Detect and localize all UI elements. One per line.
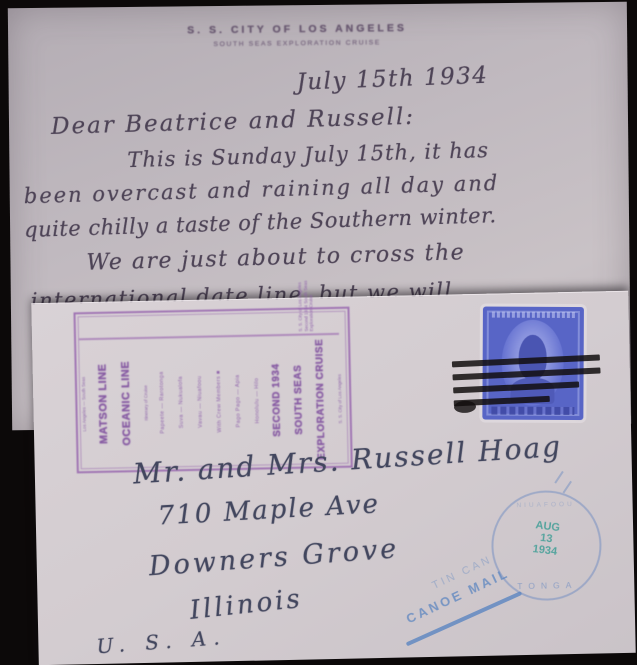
- letter-body-line-4: We are just about to cross the: [86, 240, 465, 276]
- address-line-street: 710 Maple Ave: [157, 489, 381, 531]
- cachet-itinerary-line: Honolulu — Hilo: [252, 338, 264, 462]
- cachet-header-small: S. S. City of Los Angeles: [336, 337, 345, 461]
- cachet-itinerary-label: Itinerary of Cruise: [142, 341, 151, 465]
- address-line-city: Downers Grove: [148, 533, 400, 582]
- stamp-top-band: [492, 312, 575, 318]
- tonga-circular-postmark: NIUAFOOU AUG 13 1934 TONGA: [490, 489, 602, 601]
- cachet-corner-text: S. S. City of Los Angeles Second 1934 So…: [297, 309, 343, 332]
- cachet-header-line: SECOND 1934: [270, 338, 285, 462]
- cachet-matson-line: MATSON LINE: [96, 342, 112, 466]
- letter-salutation: Dear Beatrice and Russell:: [51, 104, 416, 140]
- address-line-state: Illinois: [188, 584, 304, 626]
- cachet-itinerary-line: Vavau — Niuafoou: [195, 340, 207, 464]
- letter-body-line-3: quite chilly a taste of the Southern win…: [24, 203, 497, 242]
- cachet-oceanic-line: OCEANIC LINE: [119, 341, 135, 465]
- letter-body-line-1: This is Sunday July 15th, it has: [127, 138, 489, 172]
- cachet-left-small: Los Angeles — South Seas: [80, 342, 89, 466]
- photo-backdrop: S. S. CITY OF LOS ANGELES SOUTH SEAS EXP…: [0, 0, 637, 665]
- cachet-itinerary-line: Pago Pago — Apia: [233, 339, 245, 463]
- cancellation-bars: [452, 354, 603, 419]
- letter-body-line-2: been overcast and raining all day and: [23, 171, 499, 208]
- stray-postmark-stroke: [554, 471, 563, 484]
- stray-postmark-stroke: [563, 481, 572, 494]
- postmark-top-arc: NIUAFOOU: [493, 500, 599, 509]
- cachet-header-line: SOUTH SEAS: [292, 338, 307, 462]
- address-line-country: U. S. A.: [96, 625, 228, 658]
- envelope: S. S. City of Los Angeles Second 1934 So…: [31, 291, 635, 665]
- letterhead: S. S. CITY OF LOS ANGELES SOUTH SEAS EXP…: [8, 20, 586, 50]
- postmark-bottom-arc: TONGA: [494, 579, 600, 591]
- letter-date: July 15th 1934: [296, 63, 489, 96]
- cachet-itinerary-line: With Crew Members ■: [214, 339, 226, 463]
- cachet-itinerary-line: Papeete — Rarotonga: [157, 340, 169, 464]
- letterhead-subtitle: SOUTH SEAS EXPLORATION CRUISE: [8, 37, 586, 50]
- cachet-itinerary-line: Suva — Nukualofa: [176, 340, 188, 464]
- postmark-date: AUG 13 1934: [492, 514, 602, 562]
- letterhead-ship-name: S. S. CITY OF LOS ANGELES: [8, 20, 586, 38]
- cachet-divider-line: [79, 333, 339, 340]
- ink-blotch: [454, 400, 477, 413]
- cachet-header-line: EXPLORATION CRUISE: [314, 337, 329, 461]
